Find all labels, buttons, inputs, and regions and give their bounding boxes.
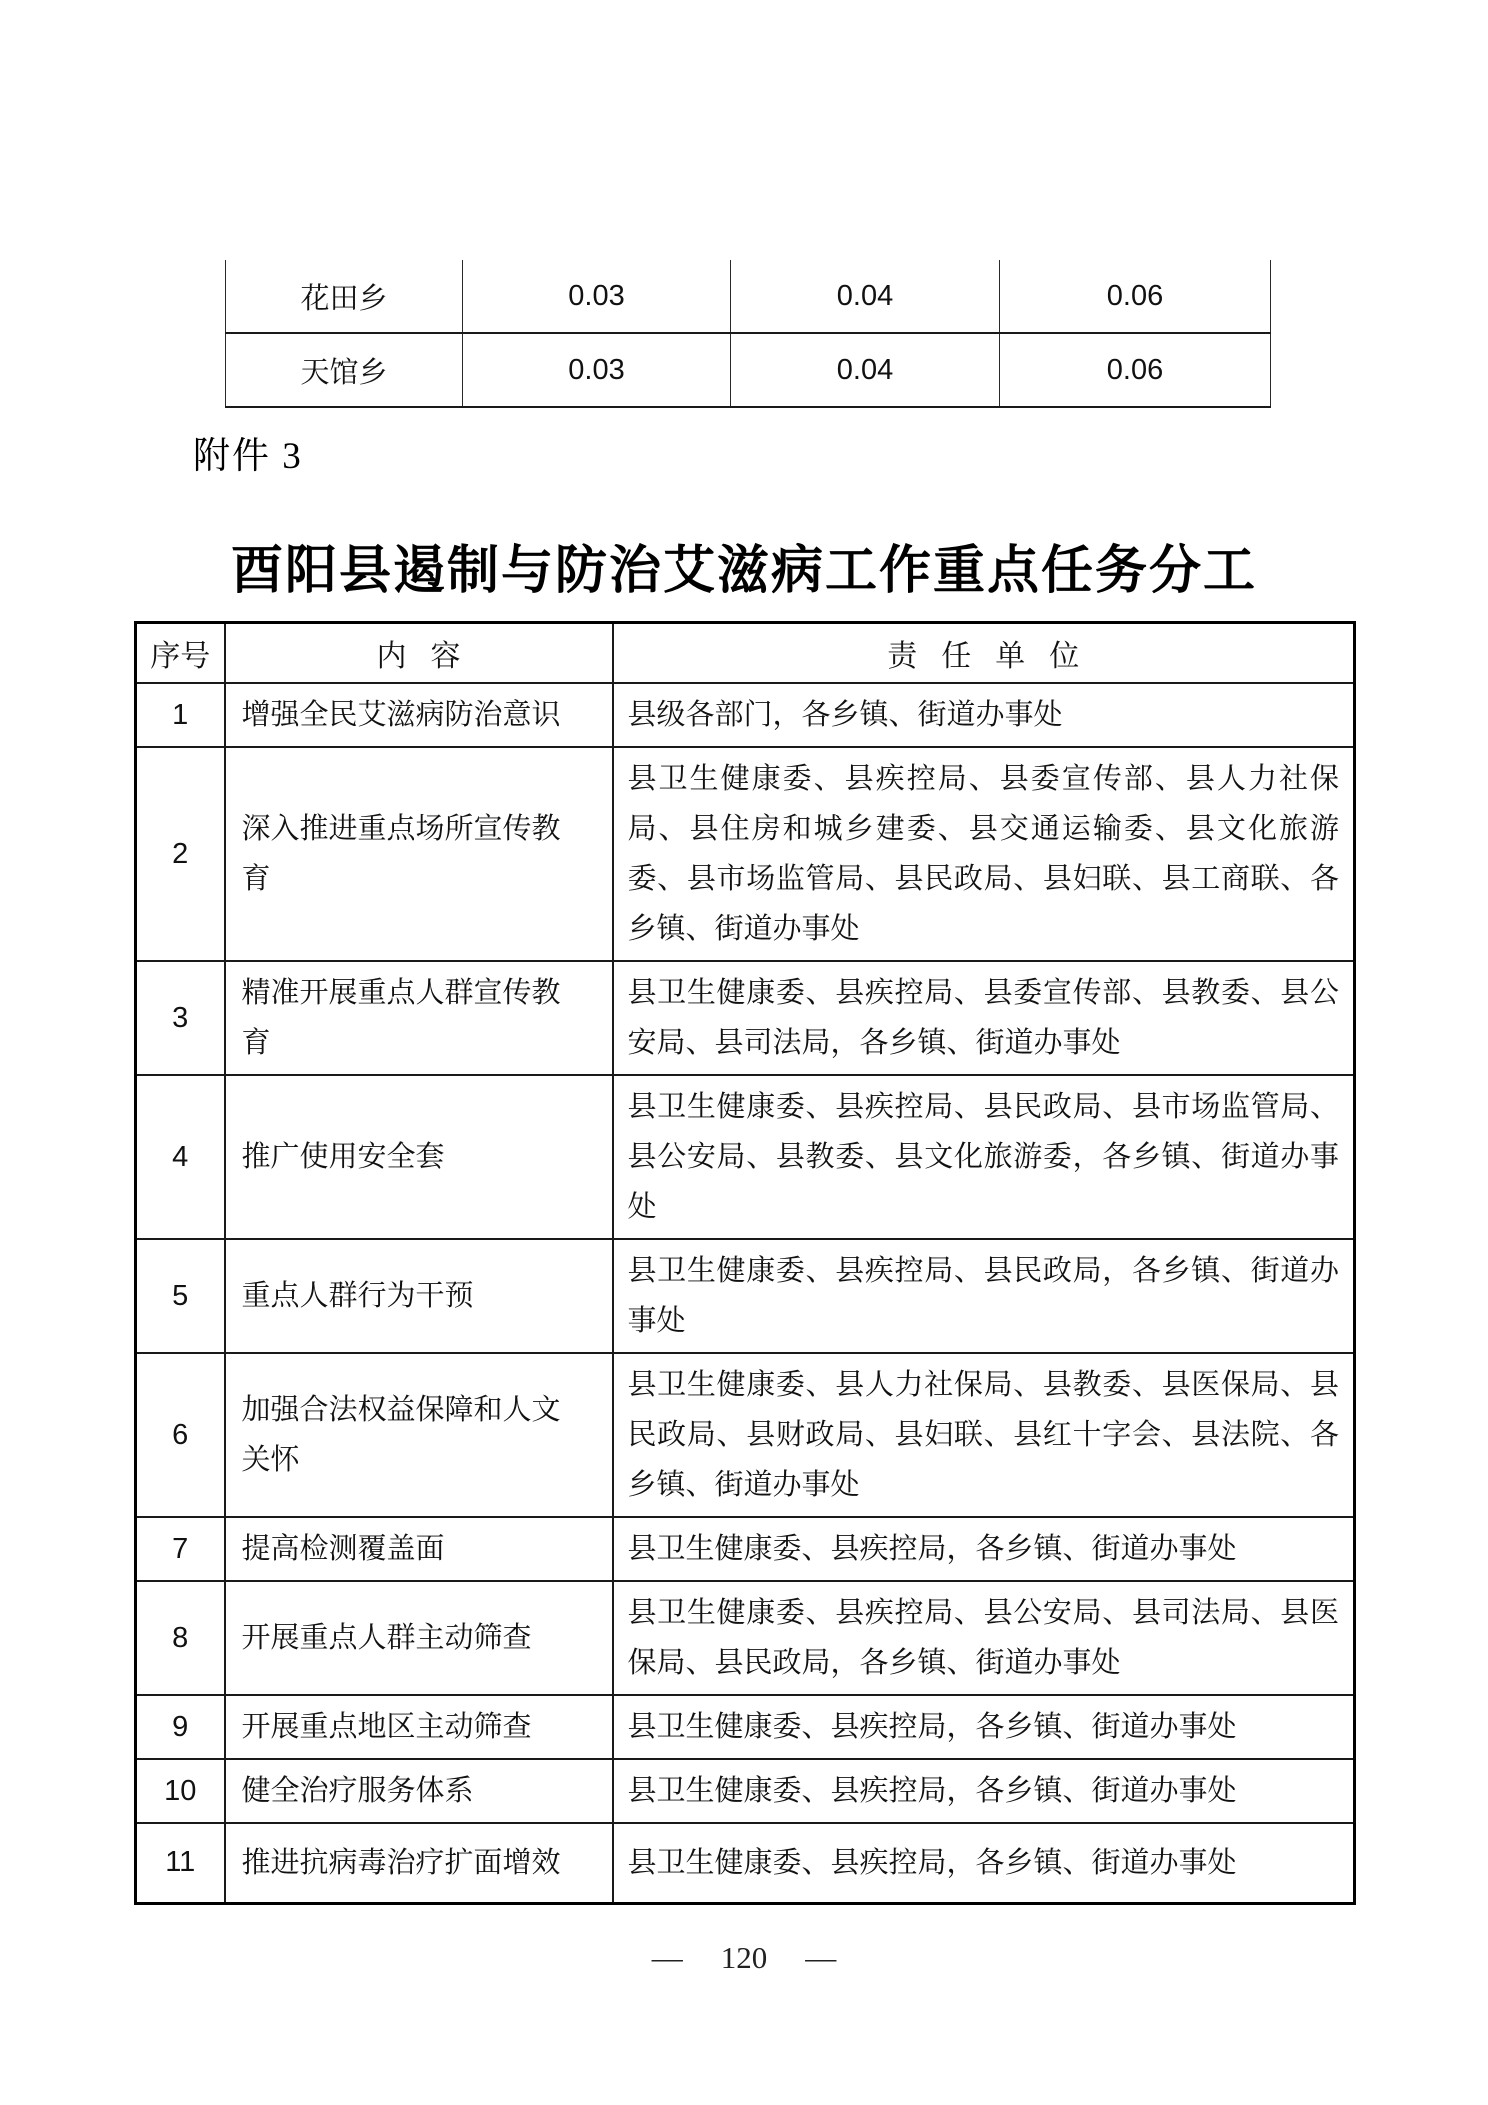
header-cell-content: 内 容 — [225, 623, 613, 684]
task-table-body: 1增强全民艾滋病防治意识县级各部门，各乡镇、街道办事处2深入推进重点场所宣传教育… — [136, 683, 1355, 1903]
task-row: 4推广使用安全套县卫生健康委、县疾控局、县民政局、县市场监管局、县公安局、县教委… — [136, 1075, 1355, 1239]
rate-value-cell: 0.04 — [731, 260, 1000, 333]
task-row: 9开展重点地区主动筛查县卫生健康委、县疾控局，各乡镇、街道办事处 — [136, 1695, 1355, 1759]
attachment-label: 附件 3 — [193, 425, 303, 479]
township-name-cell: 天馆乡 — [226, 333, 463, 407]
task-unit-cell: 县卫生健康委、县疾控局、县民政局，各乡镇、街道办事处 — [613, 1239, 1355, 1353]
task-content-cell: 开展重点人群主动筛查 — [225, 1581, 613, 1695]
header-cell-index: 序号 — [136, 623, 225, 684]
task-content-cell: 推进抗病毒治疗扩面增效 — [225, 1823, 613, 1903]
task-content-cell: 深入推进重点场所宣传教育 — [225, 747, 613, 961]
task-unit-cell: 县卫生健康委、县疾控局、县委宣传部、县教委、县公安局、县司法局，各乡镇、街道办事… — [613, 961, 1355, 1075]
task-content-cell: 重点人群行为干预 — [225, 1239, 613, 1353]
task-unit-cell: 县卫生健康委、县疾控局，各乡镇、街道办事处 — [613, 1823, 1355, 1903]
task-index-cell: 1 — [136, 683, 225, 747]
continued-rate-table-body: 花田乡0.030.040.06天馆乡0.030.040.06 — [226, 260, 1271, 407]
footer-left-dash: — — [652, 1940, 683, 1976]
header-cell-unit: 责 任 单 位 — [613, 623, 1355, 684]
rate-value-cell: 0.06 — [1000, 260, 1271, 333]
task-index-cell: 6 — [136, 1353, 225, 1517]
task-table-header: 序号 内 容 责 任 单 位 — [136, 623, 1355, 684]
rate-row: 天馆乡0.030.040.06 — [226, 333, 1271, 407]
task-content-cell: 推广使用安全套 — [225, 1075, 613, 1239]
task-row: 2深入推进重点场所宣传教育县卫生健康委、县疾控局、县委宣传部、县人力社保局、县住… — [136, 747, 1355, 961]
task-index-cell: 11 — [136, 1823, 225, 1903]
task-index-cell: 8 — [136, 1581, 225, 1695]
task-unit-cell: 县卫生健康委、县疾控局、县委宣传部、县人力社保局、县住房和城乡建委、县交通运输委… — [613, 747, 1355, 961]
task-index-cell: 4 — [136, 1075, 225, 1239]
task-unit-cell: 县卫生健康委、县疾控局、县公安局、县司法局、县医保局、县民政局，各乡镇、街道办事… — [613, 1581, 1355, 1695]
task-index-cell: 2 — [136, 747, 225, 961]
task-index-cell: 10 — [136, 1759, 225, 1823]
task-unit-cell: 县级各部门，各乡镇、街道办事处 — [613, 683, 1355, 747]
task-row: 7提高检测覆盖面县卫生健康委、县疾控局，各乡镇、街道办事处 — [136, 1517, 1355, 1581]
task-row: 11推进抗病毒治疗扩面增效县卫生健康委、县疾控局，各乡镇、街道办事处 — [136, 1823, 1355, 1903]
rate-value-cell: 0.03 — [463, 260, 731, 333]
header-row: 序号 内 容 责 任 单 位 — [136, 623, 1355, 684]
task-unit-cell: 县卫生健康委、县疾控局、县民政局、县市场监管局、县公安局、县教委、县文化旅游委，… — [613, 1075, 1355, 1239]
rate-value-cell: 0.04 — [731, 333, 1000, 407]
task-content-cell: 提高检测覆盖面 — [225, 1517, 613, 1581]
task-row: 8开展重点人群主动筛查县卫生健康委、县疾控局、县公安局、县司法局、县医保局、县民… — [136, 1581, 1355, 1695]
task-content-cell: 健全治疗服务体系 — [225, 1759, 613, 1823]
rate-value-cell: 0.06 — [1000, 333, 1271, 407]
footer-page-number: 120 — [721, 1940, 768, 1975]
task-row: 5重点人群行为干预县卫生健康委、县疾控局、县民政局，各乡镇、街道办事处 — [136, 1239, 1355, 1353]
task-assignment-table: 序号 内 容 责 任 单 位 1增强全民艾滋病防治意识县级各部门，各乡镇、街道办… — [134, 621, 1353, 1905]
task-index-cell: 9 — [136, 1695, 225, 1759]
rate-value-cell: 0.03 — [463, 333, 731, 407]
township-name-cell: 花田乡 — [226, 260, 463, 333]
continued-rate-table: 花田乡0.030.040.06天馆乡0.030.040.06 — [225, 260, 1270, 408]
task-index-cell: 7 — [136, 1517, 225, 1581]
task-row: 3精准开展重点人群宣传教育县卫生健康委、县疾控局、县委宣传部、县教委、县公安局、… — [136, 961, 1355, 1075]
task-row: 6加强合法权益保障和人文关怀县卫生健康委、县人力社保局、县教委、县医保局、县民政… — [136, 1353, 1355, 1517]
task-content-cell: 加强合法权益保障和人文关怀 — [225, 1353, 613, 1517]
page-footer: —120— — [0, 1940, 1488, 1976]
rate-row: 花田乡0.030.040.06 — [226, 260, 1271, 333]
task-row: 1增强全民艾滋病防治意识县级各部门，各乡镇、街道办事处 — [136, 683, 1355, 747]
task-index-cell: 3 — [136, 961, 225, 1075]
task-unit-cell: 县卫生健康委、县疾控局，各乡镇、街道办事处 — [613, 1695, 1355, 1759]
task-content-cell: 增强全民艾滋病防治意识 — [225, 683, 613, 747]
task-index-cell: 5 — [136, 1239, 225, 1353]
document-page: 花田乡0.030.040.06天馆乡0.030.040.06 附件 3 酉阳县遏… — [0, 0, 1488, 2105]
footer-right-dash: — — [805, 1940, 836, 1976]
task-unit-cell: 县卫生健康委、县疾控局，各乡镇、街道办事处 — [613, 1759, 1355, 1823]
page-title: 酉阳县遏制与防治艾滋病工作重点任务分工 — [0, 528, 1488, 603]
task-row: 10健全治疗服务体系县卫生健康委、县疾控局，各乡镇、街道办事处 — [136, 1759, 1355, 1823]
task-content-cell: 开展重点地区主动筛查 — [225, 1695, 613, 1759]
task-unit-cell: 县卫生健康委、县人力社保局、县教委、县医保局、县民政局、县财政局、县妇联、县红十… — [613, 1353, 1355, 1517]
task-content-cell: 精准开展重点人群宣传教育 — [225, 961, 613, 1075]
task-unit-cell: 县卫生健康委、县疾控局，各乡镇、街道办事处 — [613, 1517, 1355, 1581]
